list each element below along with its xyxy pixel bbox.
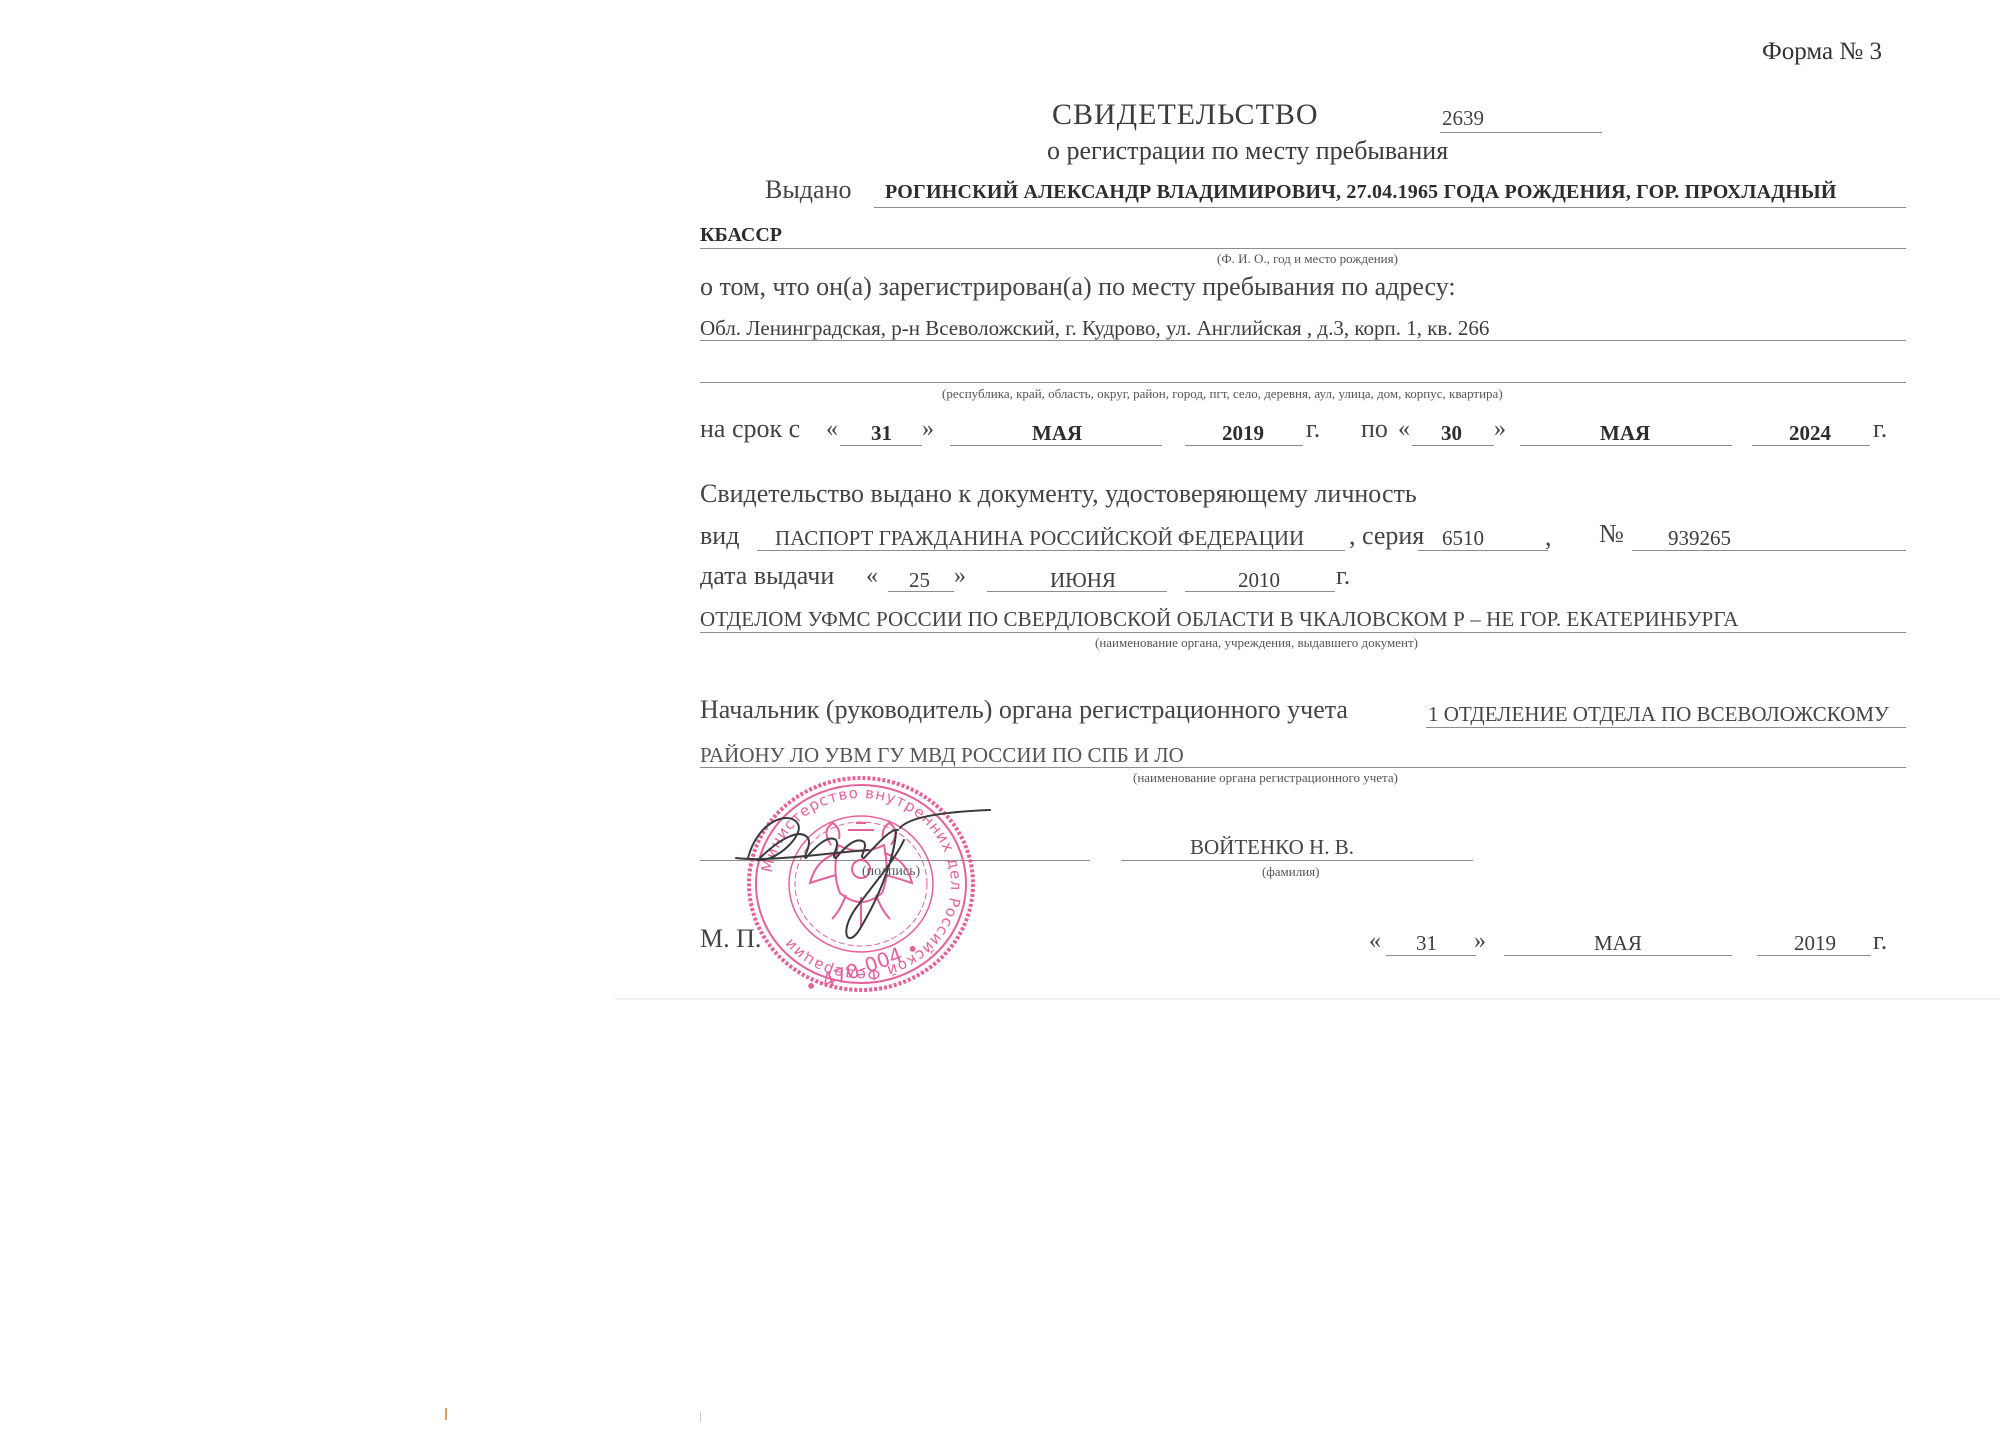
issue-date-label: дата выдачи (700, 561, 834, 591)
open-quote: « (826, 416, 838, 443)
series-comma: , (1545, 522, 1552, 552)
period-to-label: по (1361, 414, 1388, 444)
signed-close-quote: » (1474, 928, 1486, 955)
issue-year-underline (1185, 591, 1335, 592)
form-number: Форма № 3 (1762, 38, 1882, 66)
number-value: 939265 (1668, 526, 1731, 551)
issued-to-value-line2: КБАССР (700, 224, 782, 247)
issue-day: 25 (909, 568, 930, 593)
from-year-suffix: г. (1306, 414, 1320, 444)
issue-close-quote: » (954, 563, 966, 590)
series-value: 6510 (1442, 526, 1484, 551)
close-quote: » (922, 416, 934, 443)
period-label: на срок с (700, 414, 800, 444)
signed-year-suffix: г. (1873, 926, 1887, 956)
period-to-month: МАЯ (1600, 421, 1650, 446)
period-from-day: 31 (871, 421, 892, 446)
doc-type-label: вид (700, 521, 739, 551)
to-day-underline (1412, 445, 1494, 446)
issue-open-quote: « (866, 563, 878, 590)
period-from-year: 2019 (1222, 421, 1264, 446)
to-close-quote: » (1494, 416, 1506, 443)
identity-doc-intro: Свидетельство выдано к документу, удосто… (700, 479, 1417, 509)
to-year-suffix: г. (1873, 414, 1887, 444)
registration-address: Обл. Ленинградская, р-н Всеволожский, г.… (700, 316, 1489, 341)
issue-month-underline (987, 591, 1167, 592)
issuing-authority-hint: (наименование органа, учреждения, выдавш… (1095, 635, 1418, 651)
registration-authority-line2: РАЙОНУ ЛО УВМ ГУ МВД РОССИИ ПО СПБ И ЛО (700, 743, 1184, 768)
registration-authority-underline-1 (1426, 727, 1906, 728)
issuing-authority-underline (700, 632, 1906, 633)
issue-year-suffix: г. (1336, 561, 1350, 591)
issue-month: ИЮНЯ (1050, 568, 1116, 593)
address-hint: (республика, край, область, округ, район… (942, 386, 1503, 402)
signature-hint: (подпись) (862, 864, 920, 880)
chief-label: Начальник (руководитель) органа регистра… (700, 695, 1348, 725)
signed-day: 31 (1416, 931, 1437, 956)
certificate-number-underline (1440, 132, 1602, 133)
signed-day-underline (1386, 955, 1476, 956)
scan-page-edge (615, 998, 2000, 1000)
document-title: СВИДЕТЕЛЬСТВО (1052, 98, 1319, 132)
to-open-quote: « (1398, 416, 1410, 443)
to-year-underline (1752, 445, 1870, 446)
official-name: ВОЙТЕНКО Н. В. (1190, 835, 1354, 860)
period-to-day: 30 (1441, 421, 1462, 446)
from-day-underline (840, 445, 922, 446)
issued-to-value-line1: РОГИНСКИЙ АЛЕКСАНДР ВЛАДИМИРОВИЧ, 27.04.… (885, 181, 1837, 204)
signed-month: МАЯ (1594, 931, 1642, 956)
address-underline-2 (700, 382, 1906, 383)
to-month-underline (1520, 445, 1732, 446)
doc-type-underline (757, 550, 1345, 551)
signed-year-underline (1757, 955, 1871, 956)
signed-month-underline (1504, 955, 1732, 956)
document-page: Форма № 3 СВИДЕТЕЛЬСТВО 2639 о регистрац… (0, 0, 2000, 1453)
signed-year: 2019 (1794, 931, 1836, 956)
signed-open-quote: « (1369, 928, 1381, 955)
number-underline (1632, 550, 1906, 551)
issued-hint: (Ф. И. О., год и место рождения) (1217, 251, 1398, 267)
period-to-year: 2024 (1789, 421, 1831, 446)
registration-intro: о том, что он(а) зарегистрирован(а) по м… (700, 272, 1456, 302)
issuing-authority: ОТДЕЛОМ УФМС РОССИИ ПО СВЕРДЛОВСКОЙ ОБЛА… (700, 607, 1739, 632)
issue-year: 2010 (1238, 568, 1280, 593)
registration-authority-line1: 1 ОТДЕЛЕНИЕ ОТДЕЛА ПО ВСЕВОЛОЖСКОМУ (1428, 702, 1889, 727)
issued-underline-1 (874, 207, 1906, 208)
doc-type-value: ПАСПОРТ ГРАЖДАНИНА РОССИЙСКОЙ ФЕДЕРАЦИИ (775, 526, 1304, 551)
seal-place-label: М. П. (700, 924, 761, 954)
certificate-number: 2639 (1442, 106, 1484, 131)
number-label: № (1599, 519, 1624, 549)
period-from-month: МАЯ (1032, 421, 1082, 446)
issue-day-underline (888, 591, 954, 592)
series-underline (1418, 550, 1548, 551)
from-year-underline (1185, 445, 1303, 446)
document-subtitle: о регистрации по месту пребывания (1047, 136, 1448, 166)
from-month-underline (950, 445, 1162, 446)
official-name-hint: (фамилия) (1262, 864, 1319, 880)
series-label: , серия (1349, 521, 1424, 551)
address-underline-1 (700, 340, 1906, 341)
issued-label: Выдано (765, 175, 852, 205)
issued-underline-2 (700, 248, 1906, 249)
registration-authority-hint: (наименование органа регистрационного уч… (1133, 770, 1398, 786)
official-name-underline (1121, 860, 1473, 861)
registration-authority-underline-2 (700, 767, 1906, 768)
